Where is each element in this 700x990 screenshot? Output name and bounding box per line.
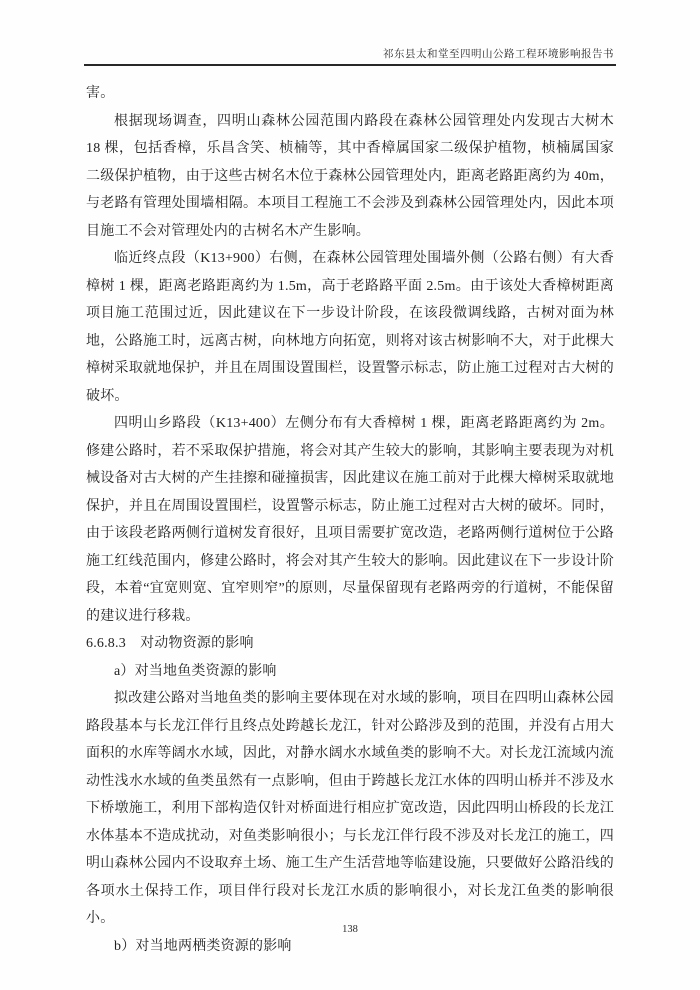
document-page: 祁东县太和堂至四明山公路工程环境影响报告书 害。 根据现场调查，四明山森林公园范… — [0, 0, 700, 990]
paragraph-survey-old-trees: 根据现场调查，四明山森林公园范围内路段在森林公园管理处内发现古大树木 18 棵，… — [86, 108, 614, 246]
subheading-b-amphibian-resources: b）对当地两栖类资源的影响 — [86, 933, 614, 961]
header-divider — [84, 64, 616, 66]
subheading-a-fish-resources: a）对当地鱼类资源的影响 — [86, 658, 614, 686]
paragraph-k13-400-camphor: 四明山乡路段（K13+400）左侧分布有大香樟树 1 棵，距离老路距离约为 2m… — [86, 410, 614, 630]
page-number: 138 — [0, 924, 700, 935]
paragraph-fish-impact: 拟改建公路对当地鱼类的影响主要体现在对水域的影响，项目在四明山森林公园路段基本与… — [86, 685, 614, 933]
paragraph-k13-900-camphor: 临近终点段（K13+900）右侧，在森林公园管理处围墙外侧（公路右侧）有大香樟树… — [86, 245, 614, 410]
document-body: 害。 根据现场调查，四明山森林公园范围内路段在森林公园管理处内发现古大树木 18… — [86, 80, 614, 960]
header-title: 祁东县太和堂至四明山公路工程环境影响报告书 — [383, 46, 614, 61]
section-heading-6-6-8-3: 6.6.8.3 对动物资源的影响 — [86, 630, 614, 658]
paragraph-continuation: 害。 — [86, 80, 614, 108]
